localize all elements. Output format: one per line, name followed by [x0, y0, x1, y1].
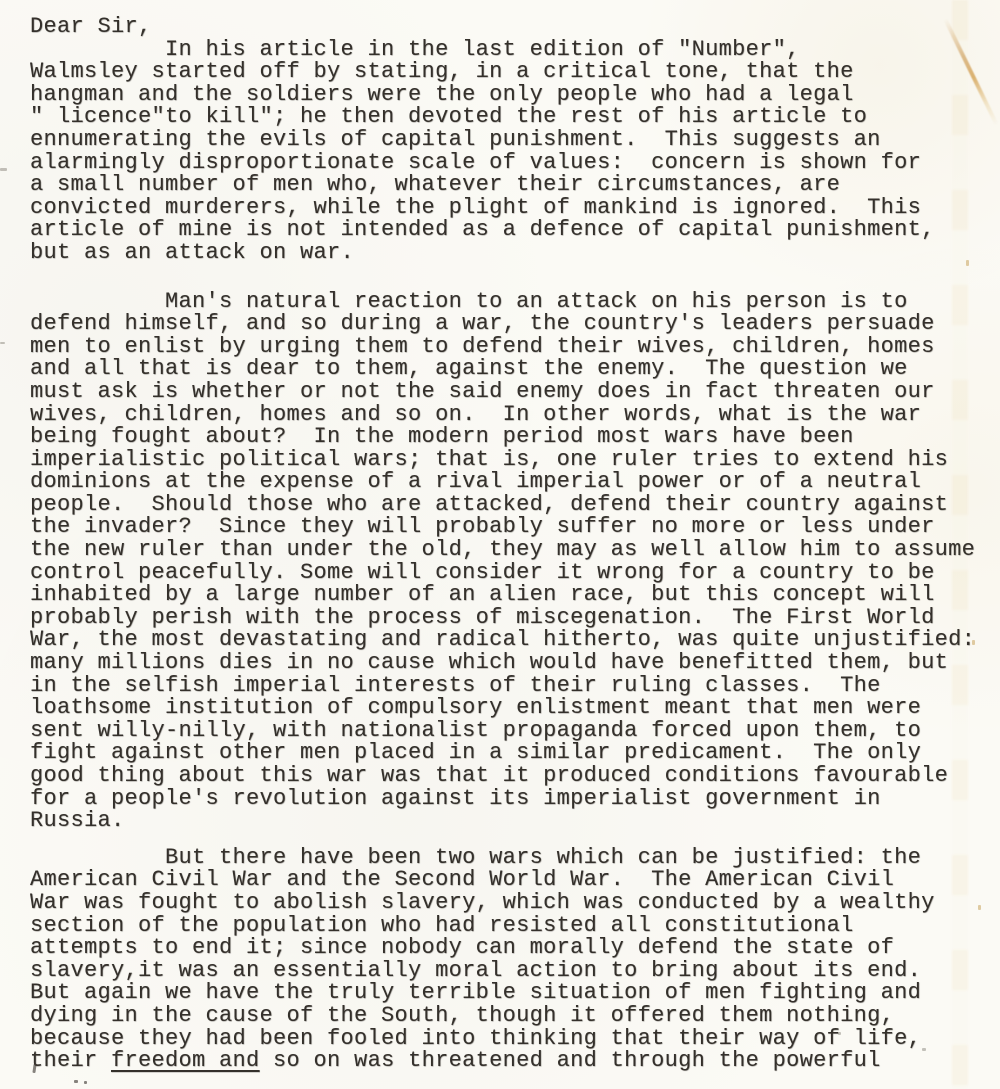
letter-line: alarmingly disproportionate scale of val…: [30, 152, 1000, 175]
letter-page: Dear Sir, In his article in the last edi…: [0, 0, 1000, 1089]
letter-line: sent willy-nilly, with nationalist propa…: [30, 720, 1000, 743]
letter-line: good thing about this war was that it pr…: [30, 765, 1000, 788]
letter-line: But again we have the truly terrible sit…: [30, 982, 1000, 1005]
letter-line: Man's natural reaction to an attack on h…: [30, 291, 1000, 314]
letter-line: War, the most devastating and radical hi…: [30, 629, 1000, 652]
letter-line: many millions dies in no cause which wou…: [30, 652, 1000, 675]
letter-line: probably perish with the process of misc…: [30, 607, 1000, 630]
letter-line: dying in the cause of the South, though …: [30, 1005, 1000, 1028]
letter-line: hangman and the soldiers were the only p…: [30, 84, 1000, 107]
letter-line: wives, children, homes and so on. In oth…: [30, 404, 1000, 427]
letter-line: and all that is dear to them, against th…: [30, 358, 1000, 381]
letter-line: Russia.: [30, 810, 1000, 833]
ink-speck: [838, 1032, 841, 1035]
letter-line: but as an attack on war.: [30, 242, 1000, 265]
letter-line: for a people's revolution against its im…: [30, 788, 1000, 811]
ink-speck: [922, 1048, 926, 1051]
letter-line: a small number of men who, whatever thei…: [30, 174, 1000, 197]
paragraph-1: In his article in the last edition of "N…: [30, 39, 1000, 265]
letter-line: ennumerating the evils of capital punish…: [30, 129, 1000, 152]
paragraph-2: Man's natural reaction to an attack on h…: [30, 291, 1000, 833]
letter-line: convicted murderers, while the plight of…: [30, 197, 1000, 220]
letter-line: But there have been two wars which can b…: [30, 847, 1000, 870]
letter-line: In his article in the last edition of "N…: [30, 39, 1000, 62]
letter-line: Walmsley started off by stating, in a cr…: [30, 61, 1000, 84]
letter-line: men to enlist by urging them to defend t…: [30, 336, 1000, 359]
letter-line: dominions at the expense of a rival impe…: [30, 471, 1000, 494]
letter-line: loathsome institution of compulsory enli…: [30, 697, 1000, 720]
letter-line: must ask is whether or not the said enem…: [30, 381, 1000, 404]
paper-stain-speck: [966, 260, 969, 266]
letter-line: article of mine is not intended as a def…: [30, 219, 1000, 242]
letter-last-line: their freedom and so on was threatened a…: [30, 1050, 1000, 1073]
letter-line: in the selfish imperial interests of the…: [30, 675, 1000, 698]
underlined-phrase: freedom and: [111, 1048, 260, 1073]
letter-line: because they had been fooled into thinki…: [30, 1028, 1000, 1051]
letter-line: the invader? Since they will probably su…: [30, 516, 1000, 539]
ink-speck: [74, 1080, 78, 1083]
letter-line: inhabited by a large number of an alien …: [30, 584, 1000, 607]
ink-speck: [0, 168, 7, 171]
letter-line: slavery,it was an essentially moral acti…: [30, 960, 1000, 983]
last-line-post: so on was threatened and through the pow…: [260, 1048, 881, 1073]
letter-line: people. Should those who are attacked, d…: [30, 494, 1000, 517]
paper-stain-speck: [978, 905, 981, 910]
letter-line: imperialistic political wars; that is, o…: [30, 449, 1000, 472]
letter-line: the new ruler than under the old, they m…: [30, 539, 1000, 562]
last-line-pre: their: [30, 1048, 111, 1073]
letter-line: being fought about? In the modern period…: [30, 426, 1000, 449]
ink-speck: [0, 342, 5, 344]
letter-line: defend himself, and so during a war, the…: [30, 313, 1000, 336]
salutation-line: Dear Sir,: [30, 16, 1000, 39]
letter-line: section of the population who had resist…: [30, 915, 1000, 938]
letter-line: control peacefully. Some will consider i…: [30, 562, 1000, 585]
letter-line: " licence"to kill"; he then devoted the …: [30, 106, 1000, 129]
ink-speck: [84, 1081, 87, 1084]
paragraph-3: But there have been two wars which can b…: [30, 847, 1000, 1073]
letter-line: attempts to end it; since nobody can mor…: [30, 937, 1000, 960]
letter-line: fight against other men placed in a simi…: [30, 742, 1000, 765]
letter-line: American Civil War and the Second World …: [30, 869, 1000, 892]
paper-stain-speck: [972, 640, 975, 645]
letter-line: War was fought to abolish slavery, which…: [30, 892, 1000, 915]
